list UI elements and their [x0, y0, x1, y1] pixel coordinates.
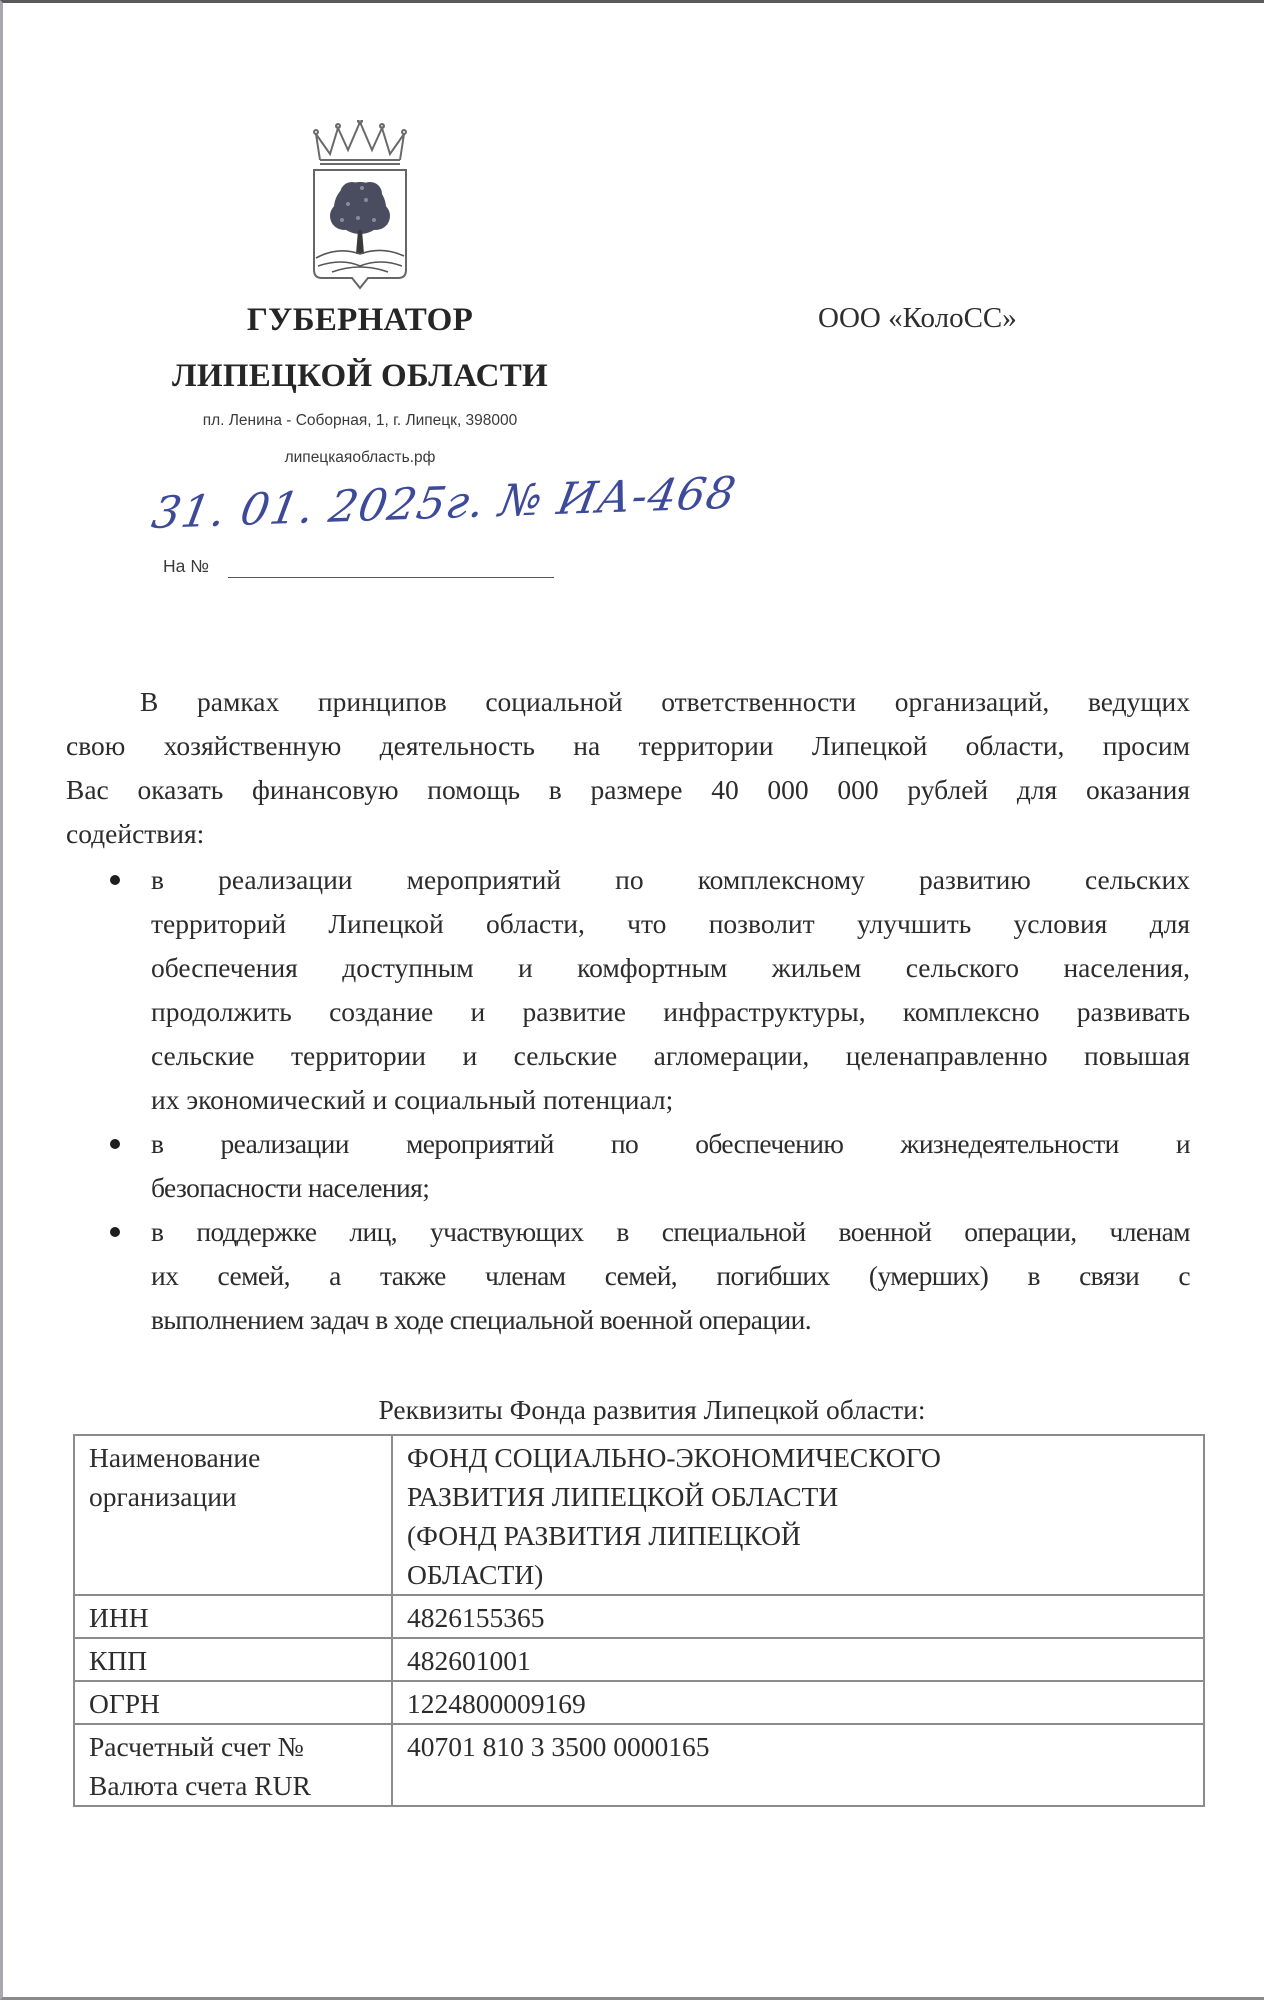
sender-title-line1: ГУБЕРНАТОР	[140, 302, 580, 339]
list-item-line: в реализации мероприятий по обеспечению …	[151, 1122, 1190, 1166]
list-item-line: территорий Липецкой области, что позволи…	[151, 902, 1190, 946]
row-value: 1224800009169	[392, 1681, 1204, 1724]
purpose-list: в реализации мероприятий по комплексному…	[66, 858, 1190, 1342]
requisites-caption: Реквизиты Фонда развития Липецкой област…	[66, 1394, 1238, 1426]
reference-label: На №	[163, 556, 209, 577]
row-value: 4826155365	[392, 1595, 1204, 1638]
list-item-line: их экономический и социальный потенциал;	[151, 1078, 1190, 1122]
sender-address: пл. Ленина - Соборная, 1, г. Липецк, 398…	[140, 412, 580, 430]
paragraph-line: Вас оказать финансовую помощь в размере …	[66, 768, 1190, 812]
sender-title-line2: ЛИПЕЦКОЙ ОБЛАСТИ	[140, 358, 580, 395]
list-item-line: продолжить создание и развитие инфрастру…	[151, 990, 1190, 1034]
row-value: 482601001	[392, 1638, 1204, 1681]
list-item-line: их семей, а также членам семей, погибших…	[151, 1254, 1190, 1298]
list-item: в реализации мероприятий по комплексному…	[66, 858, 1190, 1122]
table-row: Расчетный счет № Валюта счета RUR 40701 …	[74, 1724, 1204, 1806]
bullet-icon	[110, 1139, 120, 1149]
list-item: в реализации мероприятий по обеспечению …	[66, 1122, 1190, 1210]
bullet-icon	[110, 875, 120, 885]
paragraph-line: В рамках принципов социальной ответствен…	[66, 680, 1190, 724]
row-label: КПП	[74, 1638, 392, 1681]
label-line: Наименование	[89, 1438, 377, 1477]
list-item-line: выполнением задач в ходе специальной вое…	[151, 1298, 1190, 1342]
paragraph-line: свою хозяйственную деятельность на терри…	[66, 724, 1190, 768]
list-item-line: безопасности населения;	[151, 1166, 1190, 1210]
row-value: ФОНД СОЦИАЛЬНО-ЭКОНОМИЧЕСКОГО РАЗВИТИЯ Л…	[392, 1435, 1204, 1595]
list-item: в поддержке лиц, участвующих в специальн…	[66, 1210, 1190, 1342]
sender-website: липецкаяобласть.рф	[140, 449, 580, 467]
row-label: ИНН	[74, 1595, 392, 1638]
label-line: Валюта счета RUR	[89, 1766, 377, 1805]
bullet-icon	[110, 1227, 120, 1237]
reference-blank-line	[228, 577, 554, 578]
coat-of-arms-icon	[308, 120, 412, 290]
list-item-line: сельские территории и сельские агломерац…	[151, 1034, 1190, 1078]
value-line: (ФОНД РАЗВИТИЯ ЛИПЕЦКОЙ	[407, 1516, 1189, 1555]
main-paragraph: В рамках принципов социальной ответствен…	[66, 680, 1190, 856]
table-row: КПП 482601001	[74, 1638, 1204, 1681]
value-line: РАЗВИТИЯ ЛИПЕЦКОЙ ОБЛАСТИ	[407, 1477, 1189, 1516]
value-line: ОБЛАСТИ)	[407, 1555, 1189, 1594]
row-value: 40701 810 3 3500 0000165	[392, 1724, 1204, 1806]
table-row: Наименование организации ФОНД СОЦИАЛЬНО-…	[74, 1435, 1204, 1595]
list-item-line: в реализации мероприятий по комплексному…	[151, 858, 1190, 902]
row-label: Наименование организации	[74, 1435, 392, 1595]
row-label: Расчетный счет № Валюта счета RUR	[74, 1724, 392, 1806]
value-line: ФОНД СОЦИАЛЬНО-ЭКОНОМИЧЕСКОГО	[407, 1438, 1189, 1477]
table-row: ИНН 4826155365	[74, 1595, 1204, 1638]
label-line: организации	[89, 1477, 377, 1516]
requisites-table: Наименование организации ФОНД СОЦИАЛЬНО-…	[73, 1434, 1205, 1807]
recipient-name: ООО «КолоСС»	[818, 302, 1017, 335]
paragraph-line: содействия:	[66, 812, 1190, 856]
list-item-line: обеспечения доступным и комфортным жилье…	[151, 946, 1190, 990]
table-row: ОГРН 1224800009169	[74, 1681, 1204, 1724]
list-item-line: в поддержке лиц, участвующих в специальн…	[151, 1210, 1190, 1254]
label-line: Расчетный счет №	[89, 1727, 377, 1766]
row-label: ОГРН	[74, 1681, 392, 1724]
